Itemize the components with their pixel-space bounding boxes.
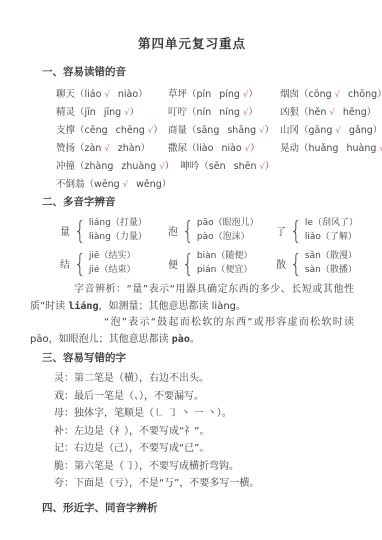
pinyin-option-2: hěng: [343, 107, 367, 118]
pinyin-option-2: shāng: [227, 125, 256, 136]
check-mark: √: [335, 90, 340, 100]
word-text: 烟囱: [280, 89, 299, 100]
section1-heading: 一、容易读错的音: [42, 64, 354, 79]
pronunciation-analysis-liang: 字音辨析：“量”表示“用器具确定东西的多少、长短或其他性质”时读 liáng，如…: [30, 282, 354, 315]
pinyin-entry: 撒尿（liàoniào√）: [168, 140, 274, 154]
analysis2-post: 。: [190, 334, 200, 345]
word-text: 山冈: [280, 125, 299, 136]
polyphone-char: 便: [168, 256, 178, 271]
reading-2: pián（便宜）: [197, 263, 252, 277]
open-paren: （: [187, 107, 197, 118]
pinyin-entry: 冲撞（zhàngzhuàng√）: [56, 158, 174, 172]
open-paren: （: [299, 89, 309, 100]
polyphone-readings: jiē（结实）jié（结束）: [89, 249, 136, 277]
close-paren: ）: [377, 89, 382, 100]
close-paren: ）: [265, 161, 275, 172]
pinyin-option-2: chōng: [348, 89, 377, 100]
open-paren: （: [299, 125, 309, 136]
pinyin-row: 聊天（liáo√niào）草坪（pínpíng√）烟囱（cōng√chōng）: [56, 86, 354, 100]
reading-2: liàng（力量）: [89, 230, 147, 244]
pinyin-option-1: zhàng: [85, 161, 114, 172]
reading-1: liáng（打量）: [89, 216, 147, 230]
pinyin-option-1: gāng: [309, 125, 333, 136]
polyphone-group: 结{jiē（结实）jié（结束）: [60, 249, 164, 277]
reading-2: sàn（散播）: [305, 263, 357, 277]
polyphone-group: 便{biàn（随便）pián（便宜）: [168, 249, 272, 277]
word-text: 呻吟: [180, 161, 199, 172]
word-text: 撒尿: [168, 143, 187, 154]
close-paren: ）: [367, 107, 377, 118]
word-text: 草坪: [168, 89, 187, 100]
pinyin-entry: 叮咛（nínníng√）: [168, 104, 274, 118]
section2-heading: 二、多音字辨音: [42, 194, 354, 209]
polyphone-char: 了: [276, 223, 286, 238]
close-paren: ）: [248, 89, 258, 100]
brace-glyph: {: [74, 218, 86, 243]
word-text: 凶狠: [280, 107, 299, 118]
pinyin-entry: 支撑（cēngchēng√）: [56, 122, 162, 136]
check-mark: √: [104, 144, 109, 154]
pinyin-option-1: jīn: [85, 107, 96, 118]
pinyin-option-2: huàng: [346, 143, 376, 154]
brace-glyph: {: [182, 251, 194, 276]
reading-1: le（刮风了）: [305, 216, 358, 230]
polyphone-readings: liáng（打量）liàng（力量）: [89, 216, 147, 244]
pinyin-option-2: píng: [219, 89, 240, 100]
polyphone-row: 量{liáng（打量）liàng（力量）泡{pāo（眼泡儿）pào（泡沫）了{l…: [60, 216, 354, 244]
open-paren: （: [299, 143, 309, 154]
word-text: 不倒翁: [56, 179, 85, 190]
polyphone-char: 量: [60, 223, 70, 238]
pinyin-row: 精灵（jīnjīng√）叮咛（nínníng√）凶狠（hěn√hěng）: [56, 104, 354, 118]
polyphone-char: 结: [60, 256, 70, 271]
analysis2-bold-pinyin: pào: [172, 334, 190, 345]
miswritten-char-list: 灵：第二笔是（横），右边不出头。戏：最后一笔是（、），不要漏写。母：独体字，笔顺…: [54, 370, 354, 493]
word-text: 冲撞: [56, 161, 75, 172]
polyphone-char: 泡: [168, 223, 178, 238]
pinyin-option-1: cōng: [309, 89, 332, 100]
section3-heading: 三、容易写错的字: [42, 350, 354, 365]
polyphone-readings: biàn（随便）pián（便宜）: [197, 249, 252, 277]
open-paren: （: [75, 125, 85, 136]
polyphone-group: 泡{pāo（眼泡儿）pào（泡沫）: [168, 216, 272, 244]
pinyin-row: 赞扬（zàn√zhàn）撒尿（liàoniào√）晃动（huǎnghuàng√）: [56, 140, 354, 154]
polyphone-groups: 量{liáng（打量）liàng（力量）泡{pāo（眼泡儿）pào（泡沫）了{l…: [60, 216, 354, 277]
misread-pinyin-list: 聊天（liáo√niào）草坪（pínpíng√）烟囱（cōng√chōng）精…: [56, 86, 354, 190]
page-title: 第四单元复习重点: [30, 34, 354, 52]
pinyin-option-1: liào: [197, 143, 214, 154]
miswritten-char-item: 夸：下面是（亏），不是“丂”，不要多写一横。: [54, 475, 354, 493]
pinyin-option-2: shēn: [234, 161, 257, 172]
pinyin-option-2: zhuàng: [121, 161, 156, 172]
close-paren: ）: [165, 161, 175, 172]
pinyin-entry: 赞扬（zàn√zhàn）: [56, 140, 162, 154]
reading-2: pào（泡沫）: [197, 230, 259, 244]
pinyin-entry: 不倒翁（wēng√wěng）: [56, 176, 171, 190]
close-paren: ）: [153, 125, 163, 136]
reading-1: pāo（眼泡儿）: [197, 216, 259, 230]
pinyin-option-1: huǎng: [309, 143, 339, 154]
miswritten-char-item: 补：左边是（衤），不要写成“礻”。: [54, 423, 354, 441]
pinyin-option-1: cēng: [85, 125, 108, 136]
pinyin-option-1: hěn: [309, 107, 327, 118]
reading-1: jiē（结实）: [89, 249, 136, 263]
document-page: 第四单元复习重点 一、容易读错的音 聊天（liáo√niào）草坪（pínpín…: [0, 0, 382, 540]
close-paren: ）: [265, 125, 275, 136]
word-text: 叮咛: [168, 107, 187, 118]
word-text: 商量: [168, 125, 187, 136]
polyphone-readings: sǎn（散漫）sàn（散播）: [305, 249, 357, 277]
pinyin-option-1: zàn: [85, 143, 102, 154]
reading-2: liǎo（了解）: [305, 230, 358, 244]
pinyin-entry: 山冈（gāng√gǎng）: [280, 122, 382, 136]
analysis1-bold-pinyin: liáng: [68, 301, 98, 312]
polyphone-group: 了{le（刮风了）liǎo（了解）: [276, 216, 380, 244]
word-text: 精灵: [56, 107, 75, 118]
close-paren: ）: [141, 143, 151, 154]
reading-2: jié（结束）: [89, 263, 136, 277]
open-paren: （: [199, 161, 209, 172]
open-paren: （: [75, 143, 85, 154]
open-paren: （: [187, 143, 197, 154]
check-mark: √: [335, 126, 340, 136]
miswritten-char-item: 母：独体字，笔顺是（㇗ ㇆ 丶 一 丶）。: [54, 405, 354, 423]
polyphone-readings: le（刮风了）liǎo（了解）: [305, 216, 358, 244]
brace-glyph: {: [74, 251, 86, 276]
miswritten-char-item: 脆：第六笔是（㇆），不要写成横折弯钩。: [54, 458, 354, 476]
pinyin-option-1: liáo: [85, 89, 102, 100]
pinyin-option-2: niào: [118, 89, 138, 100]
close-paren: ）: [162, 179, 172, 190]
miswritten-char-item: 灵：第二笔是（横），右边不出头。: [54, 370, 354, 388]
open-paren: （: [75, 89, 85, 100]
pinyin-option-1: sāng: [197, 125, 220, 136]
reading-1: biàn（随便）: [197, 249, 252, 263]
pinyin-entry: 草坪（pínpíng√）: [168, 86, 274, 100]
pinyin-entry: 呻吟（sēnshēn√）: [180, 158, 286, 172]
word-text: 聊天: [56, 89, 75, 100]
pinyin-entry: 商量（sāngshāng√）: [168, 122, 274, 136]
brace-glyph: {: [182, 218, 194, 243]
polyphone-group: 散{sǎn（散漫）sàn（散播）: [276, 249, 380, 277]
word-text: 支撑: [56, 125, 75, 136]
pinyin-entry: 晃动（huǎnghuàng√）: [280, 140, 382, 154]
miswritten-char-item: 戏：最后一笔是（、），不要漏写。: [54, 388, 354, 406]
open-paren: （: [75, 107, 85, 118]
close-paren: ）: [250, 143, 260, 154]
check-mark: √: [329, 108, 334, 118]
word-text: 晃动: [280, 143, 299, 154]
open-paren: （: [299, 107, 309, 118]
check-mark: √: [104, 90, 109, 100]
pinyin-row: 不倒翁（wēng√wěng）: [56, 176, 354, 190]
pinyin-option-2: gǎng: [349, 125, 373, 136]
close-paren: ）: [138, 89, 148, 100]
pinyin-option-2: wěng: [136, 179, 162, 190]
word-text: 赞扬: [56, 143, 75, 154]
reading-1: sǎn（散漫）: [305, 249, 357, 263]
pinyin-entry: 精灵（jīnjīng√）: [56, 104, 162, 118]
pinyin-option-2: niào: [221, 143, 241, 154]
close-paren: ）: [248, 107, 258, 118]
open-paren: （: [187, 89, 197, 100]
analysis1-post: ，如测量；其他意思都读 liàng。: [98, 301, 246, 312]
pinyin-option-2: chēng: [116, 125, 145, 136]
pinyin-row: 支撑（cēngchēng√）商量（sāngshāng√）山冈（gāng√gǎng…: [56, 122, 354, 136]
check-mark: √: [123, 180, 128, 190]
pinyin-option-1: pín: [197, 89, 212, 100]
pinyin-entry: 凶狠（hěn√hěng）: [280, 104, 382, 118]
pinyin-entry: 聊天（liáo√niào）: [56, 86, 162, 100]
open-paren: （: [85, 179, 95, 190]
close-paren: ）: [373, 125, 382, 136]
pinyin-entry: 烟囱（cōng√chōng）: [280, 86, 382, 100]
polyphone-group: 量{liáng（打量）liàng（力量）: [60, 216, 164, 244]
polyphone-row: 结{jiē（结实）jié（结束）便{biàn（随便）pián（便宜）散{sǎn（…: [60, 249, 354, 277]
pinyin-option-1: wēng: [94, 179, 120, 190]
brace-glyph: {: [290, 251, 302, 276]
pinyin-option-1: nín: [197, 107, 212, 118]
close-paren: ）: [130, 107, 140, 118]
open-paren: （: [75, 161, 85, 172]
polyphone-readings: pāo（眼泡儿）pào（泡沫）: [197, 216, 259, 244]
section4-heading: 四、形近字、同音字辨析: [42, 500, 354, 515]
brace-glyph: {: [290, 218, 302, 243]
pinyin-option-1: sēn: [209, 161, 226, 172]
polyphone-char: 散: [276, 256, 286, 271]
pinyin-row: 冲撞（zhàngzhuàng√）呻吟（sēnshēn√）: [56, 158, 354, 172]
pinyin-option-2: jīng: [104, 107, 121, 118]
pinyin-option-2: níng: [219, 107, 240, 118]
pinyin-option-2: zhàn: [118, 143, 141, 154]
pronunciation-analysis-pao: “泡”表示“鼓起而松软的东西”或形容虚而松软时读 pāo，如眼泡儿；其他意思都读…: [30, 315, 354, 348]
open-paren: （: [187, 125, 197, 136]
miswritten-char-item: 记：右边是（己），不要写成“已”。: [54, 440, 354, 458]
